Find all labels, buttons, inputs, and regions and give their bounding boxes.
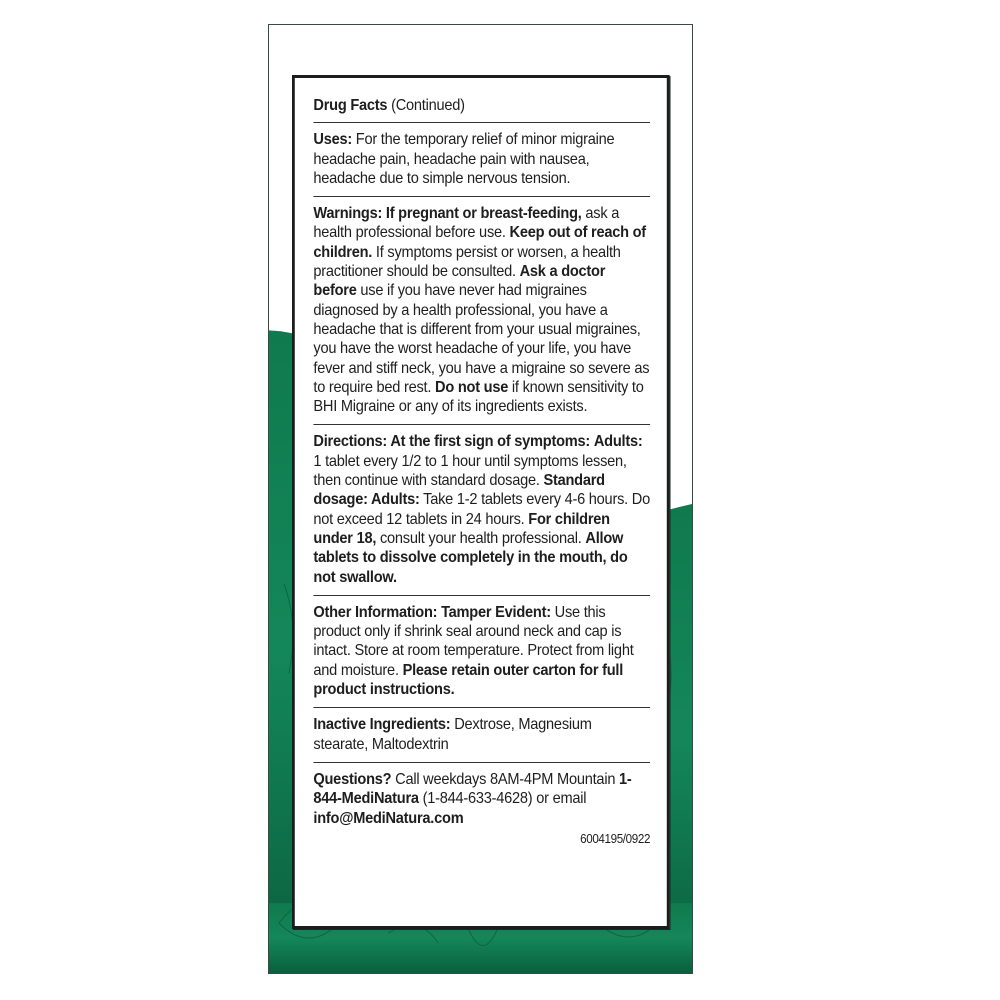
uses-text: For the temporary relief of minor migrai… [313,131,614,187]
warnings-label: Warnings: If pregnant or breast-feeding, [313,205,581,222]
warnings-section: Warnings: If pregnant or breast-feeding,… [313,197,650,425]
questions-section: Questions? Call weekdays 8AM-4PM Mountai… [313,763,650,857]
inactive-ingredients-label: Inactive Ingredients: [313,716,450,733]
questions-label: Questions? [313,771,391,788]
lot-code: 6004195/0922 [313,830,650,849]
other-information-label: Other Information: Tamper Evident: [313,604,550,621]
directions-section: Directions: At the first sign of symptom… [313,425,650,595]
inactive-ingredients-section: Inactive Ingredients: Dextrose, Magnesiu… [313,708,650,763]
adults-label: Adults: [594,433,643,450]
questions-text: Call weekdays 8AM-4PM Mountain [391,771,619,788]
drug-facts-panel: Drug Facts (Continued) Uses: For the tem… [292,75,670,929]
other-information-section: Other Information: Tamper Evident: Use t… [313,596,650,708]
directions-text: consult your health professional. [376,530,585,547]
questions-text: (1-844-633-4628) or email [419,790,587,807]
directions-label: Directions: At the first sign of symptom… [313,433,590,450]
drug-facts-continued: (Continued) [387,97,464,114]
drug-facts-header: Drug Facts (Continued) [313,78,650,123]
uses-label: Uses: [313,131,352,148]
drug-facts-title: Drug Facts [313,97,387,114]
do-not-use-label: Do not use [435,379,508,396]
product-carton: Drug Facts (Continued) Uses: For the tem… [268,24,693,974]
uses-section: Uses: For the temporary relief of minor … [313,123,650,197]
email-link[interactable]: info@MediNatura.com [313,810,463,827]
